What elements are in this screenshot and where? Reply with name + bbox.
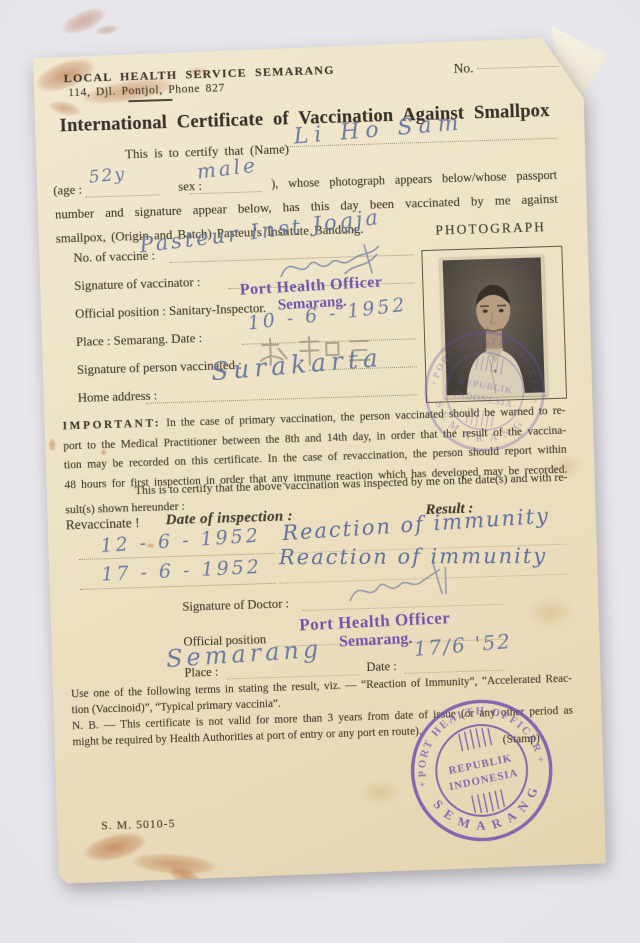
photograph-label: PHOTOGRAPH — [420, 219, 560, 239]
stamp-star-right: + — [537, 754, 545, 767]
inspection-date-2: 17 - 6 - 1952 — [101, 556, 263, 586]
vaccinator-signature-label: Signature of vaccinator : — [74, 275, 201, 294]
stamp-star-right: + — [532, 396, 539, 407]
inspection-result-1: Reaction of immunity — [281, 504, 550, 546]
stamp-ring-bottom-text: SEMARANG — [427, 398, 531, 453]
revaccinate-label: Revaccinate ! — [66, 515, 140, 533]
number-blank-line — [477, 66, 559, 70]
doctor-signature-label: Signature of Doctor : — [182, 596, 289, 614]
age-handwritten: 52y — [88, 164, 127, 188]
certificate-number-row: No. — [453, 58, 559, 77]
address-underline — [128, 99, 172, 102]
foxing-stain — [352, 775, 409, 811]
rust-stain — [161, 859, 209, 892]
rust-stain — [47, 436, 58, 454]
number-label: No. — [453, 60, 473, 76]
age-blank-line — [85, 194, 159, 197]
certify-line2-tail: ), whose photograph appears below/whose … — [271, 168, 557, 192]
form-code: S. M. 5010-5 — [101, 816, 176, 833]
age-label: (age : — [53, 183, 82, 199]
doctor-signature — [341, 559, 472, 611]
photo-backdrop: LOCAL HEALTH SERVICE SEMARANG 114, Djl. … — [0, 0, 640, 943]
home-address-handwritten: Surakarta — [210, 343, 384, 386]
home-address-blank-line — [146, 394, 418, 404]
stamp-star-left: + — [418, 778, 426, 791]
stamp-ring-bottom-text: SEMARANG — [429, 776, 551, 844]
rust-stain — [49, 0, 118, 46]
rust-stain — [116, 846, 234, 882]
certificate-paper: LOCAL HEALTH SERVICE SEMARANG 114, Djl. … — [33, 37, 608, 884]
date-label-2: Date : — [366, 659, 397, 675]
round-stamp-faint: PORT HEALTH OFFICER SEMARANG REPUBLIK IN… — [412, 318, 558, 464]
stamp-star-left: + — [430, 378, 437, 389]
important-label: IMPORTANT: — [62, 417, 161, 432]
rust-stain — [91, 21, 123, 38]
svg-text:SEMARANG: SEMARANG — [427, 398, 531, 453]
round-stamp: PORT HEALTH OFFICER SEMARANG REPUBLIK IN… — [394, 683, 569, 858]
svg-text:SEMARANG: SEMARANG — [429, 776, 551, 844]
place-date-label: Place : Semarang. Date : — [76, 331, 203, 350]
foxing-stain — [518, 589, 583, 635]
